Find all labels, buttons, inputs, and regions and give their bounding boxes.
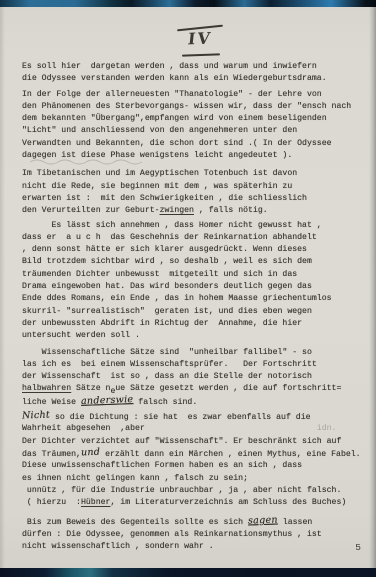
text-line: das Träumen,und erzählt dann ein Märchen… xyxy=(22,448,370,460)
numeral-underline xyxy=(182,53,220,56)
text-segment: Sätze n xyxy=(71,384,110,393)
text-line: Drama eingewoben hat. Das wird besonders… xyxy=(22,281,370,293)
text-segment: , falls nötig. xyxy=(194,206,268,215)
text-line: skurril- "surrealistisch" geraten ist, u… xyxy=(22,306,370,318)
text-segment-u: Hübner xyxy=(81,498,110,507)
paper-right-edge-shadow xyxy=(369,7,376,568)
text-segment: dem bekannten "Übergang",empfangen wird … xyxy=(22,114,327,123)
text-segment: dürfen : Die Odyssee, genommen als Reink… xyxy=(22,530,322,539)
text-segment: skurril- "surrealistisch" geraten ist, u… xyxy=(22,307,312,316)
text-segment: Wissenschaftliche Sätze sind "unheilbar … xyxy=(22,348,312,357)
scanned-typewritten-page: { "colors": { "paper": "#d9d7cf", "ink":… xyxy=(0,0,376,577)
text-line: las ich es bei einem Wissenschaftsprüfer… xyxy=(22,359,370,371)
text-segment: Der Dichter verzichtet auf "Wissenschaft… xyxy=(22,437,341,446)
text-segment: dass er a u c h das Geschehnis der Reink… xyxy=(22,233,317,242)
text-line: ( hierzu :Hübner, im Literaturverzeichni… xyxy=(22,497,370,509)
text-segment-faint: idn. xyxy=(145,424,337,433)
chapter-numeral-text: IV xyxy=(187,29,213,49)
text-line: der Wissenschaft ist so , dass an die St… xyxy=(22,371,370,383)
text-segment-hwu: sagen xyxy=(248,515,278,528)
text-line: der unbewussten Abdrift in Richtug der A… xyxy=(22,318,370,330)
text-segment: Verwandten und Bekannten, die schon dort… xyxy=(22,139,332,148)
text-line: , denn sonst hätte er sich klarer ausged… xyxy=(22,244,370,256)
text-segment: den Phänomenen des Sterbevorgangs- wisse… xyxy=(22,102,351,111)
chapter-numeral: IV xyxy=(174,26,226,56)
text-line: "Licht" und anschliessend von den angene… xyxy=(22,125,370,137)
paper-sheet: IV Es soll hier dargetan werden , dass u… xyxy=(0,7,376,568)
paragraph: In der Folge der allerneuesten "Thanatol… xyxy=(22,89,370,163)
text-segment: las ich es bei einem Wissenschaftsprüfer… xyxy=(22,360,317,369)
text-line: den Verurteilten zur Geburt-zwingen , fa… xyxy=(22,205,370,217)
text-segment: Ende ddes Romans, ein Ende , das in hohe… xyxy=(22,294,332,303)
text-segment: dagegen ist diese Phase wenigstens leich… xyxy=(22,151,292,160)
text-segment: Es lässt sich annehmen , dass Homer nich… xyxy=(22,221,322,230)
text-line: Es soll hier dargetan werden , dass und … xyxy=(22,61,370,73)
text-segment-hw: Nicht xyxy=(22,410,51,423)
text-segment: Es soll hier dargetan werden , dass und … xyxy=(22,62,317,71)
text-segment: "Licht" und anschliessend von den angene… xyxy=(22,126,297,135)
text-segment: es ihnen nicht gelingen kann , falsch zu… xyxy=(22,474,248,483)
text-segment: nicht die Rede, sie beginnen mit dem , w… xyxy=(22,182,292,191)
text-segment: In der Folge der allerneuesten "Thanatol… xyxy=(22,90,322,99)
text-line: es ihnen nicht gelingen kann , falsch zu… xyxy=(22,473,370,485)
page-number: 5 xyxy=(355,542,361,553)
text-line: untersucht werden soll . xyxy=(22,330,370,342)
text-line: unnütz , für die Industrie unbrauchbar ,… xyxy=(22,485,370,497)
text-segment-u: halbwahren xyxy=(22,384,71,393)
text-line: Der Dichter verzichtet auf "Wissenschaft… xyxy=(22,436,370,448)
text-segment: das Träumen, xyxy=(22,450,81,459)
text-segment: ( hierzu : xyxy=(22,498,81,507)
paragraph: Bis zum Beweis des Gegenteils sollte es … xyxy=(22,516,370,553)
text-segment: Drama eingewoben hat. Das wird besonders… xyxy=(22,282,312,291)
text-segment-u: zwingen xyxy=(160,206,194,215)
text-segment: falsch sind. xyxy=(133,398,197,407)
text-line: Im Tibetanischen und im Aegyptischen Tot… xyxy=(22,168,370,180)
text-line: Diese unwissenschaftlichen Formen haben … xyxy=(22,460,370,472)
text-segment: den Verurteilten zur Geburt- xyxy=(22,206,160,215)
text-segment: der Wissenschaft ist so , dass an die St… xyxy=(22,372,312,381)
text-line: träumenden Dichter unbewusst mitgeteilt … xyxy=(22,269,370,281)
text-segment: träumenden Dichter unbewusst mitgeteilt … xyxy=(22,270,297,279)
text-line: nicht wissenschaftlich , sondern wahr . xyxy=(22,541,370,553)
text-line: Bild trotzdem sichtbar wird , so deshalb… xyxy=(22,256,370,268)
text-segment: , denn sonst hätte er sich klarer ausged… xyxy=(22,245,307,254)
text-segment: erzählt dann ein Märchen , einen Mythus,… xyxy=(100,450,360,459)
paper-left-edge-shadow xyxy=(0,7,5,568)
text-line: nicht die Rede, sie beginnen mit dem , w… xyxy=(22,181,370,193)
text-line: Wahrheit abgesehen ,aber idn. xyxy=(22,423,370,435)
text-segment: erwarten ist : mit den Schwierigkeiten ,… xyxy=(22,194,307,203)
text-segment: so die Dichtung : sie hat es zwar ebenfa… xyxy=(50,413,310,422)
text-line: dürfen : Die Odyssee, genommen als Reink… xyxy=(22,529,370,541)
text-segment: liche Weise xyxy=(22,398,81,407)
text-line: Es lässt sich annehmen , dass Homer nich… xyxy=(22,220,370,232)
text-segment-hw: und xyxy=(81,447,101,460)
text-segment: Im Tibetanischen und im Aegyptischen Tot… xyxy=(22,169,297,178)
text-segment: Bis zum Beweis des Gegenteils sollte es … xyxy=(22,518,248,527)
text-segment: die Odyssee verstanden werden kann als e… xyxy=(22,74,327,83)
text-segment: Wahrheit abgesehen ,aber xyxy=(22,424,145,433)
scan-edge-bottom xyxy=(0,568,376,577)
text-line: Bis zum Beweis des Gegenteils sollte es … xyxy=(22,516,370,528)
text-segment: Bild trotzdem sichtbar wird , so deshalb… xyxy=(22,257,312,266)
text-line: liche Weise anderswie falsch sind. xyxy=(22,396,370,408)
text-segment: lassen xyxy=(278,518,312,527)
text-segment: unnütz , für die Industrie unbrauchbar ,… xyxy=(22,486,341,495)
paragraph: Nicht so die Dichtung : sie hat es zwar … xyxy=(22,411,370,509)
text-segment: untersucht werden soll . xyxy=(22,331,140,340)
text-line: dagegen ist diese Phase wenigstens leich… xyxy=(22,150,370,162)
text-line: halbwahren Sätze neue Sätze gesetzt werd… xyxy=(22,383,370,395)
text-line: Wissenschaftliche Sätze sind "unheilbar … xyxy=(22,347,370,359)
text-segment: Diese unwissenschaftlichen Formen haben … xyxy=(22,461,302,470)
text-line: Verwandten und Bekannten, die schon dort… xyxy=(22,138,370,150)
text-line: den Phänomenen des Sterbevorgangs- wisse… xyxy=(22,101,370,113)
text-line: dass er a u c h das Geschehnis der Reink… xyxy=(22,232,370,244)
text-line: In der Folge der allerneuesten "Thanatol… xyxy=(22,89,370,101)
text-line: die Odyssee verstanden werden kann als e… xyxy=(22,73,370,85)
text-segment: nicht wissenschaftlich , sondern wahr . xyxy=(22,542,214,551)
paragraph: Es lässt sich annehmen , dass Homer nich… xyxy=(22,220,370,343)
paragraph: Im Tibetanischen und im Aegyptischen Tot… xyxy=(22,168,370,217)
text-segment-hwu: anderswie xyxy=(81,394,134,408)
typewritten-text: Es soll hier dargetan werden , dass und … xyxy=(22,61,370,553)
scan-edge-top xyxy=(0,0,376,7)
text-segment: , im Literaturverzeichnis am Schluss des… xyxy=(110,498,346,507)
text-line: erwarten ist : mit den Schwierigkeiten ,… xyxy=(22,193,370,205)
text-segment: ue Sätze gesetzt werden , die auf fortsc… xyxy=(115,384,341,393)
paragraph: Es soll hier dargetan werden , dass und … xyxy=(22,61,370,86)
text-line: Nicht so die Dichtung : sie hat es zwar … xyxy=(22,411,370,423)
text-line: dem bekannten "Übergang",empfangen wird … xyxy=(22,113,370,125)
paragraph: Wissenschaftliche Sätze sind "unheilbar … xyxy=(22,347,370,408)
text-segment: der unbewussten Abdrift in Richtug der A… xyxy=(22,319,302,328)
text-line: Ende ddes Romans, ein Ende , das in hohe… xyxy=(22,293,370,305)
